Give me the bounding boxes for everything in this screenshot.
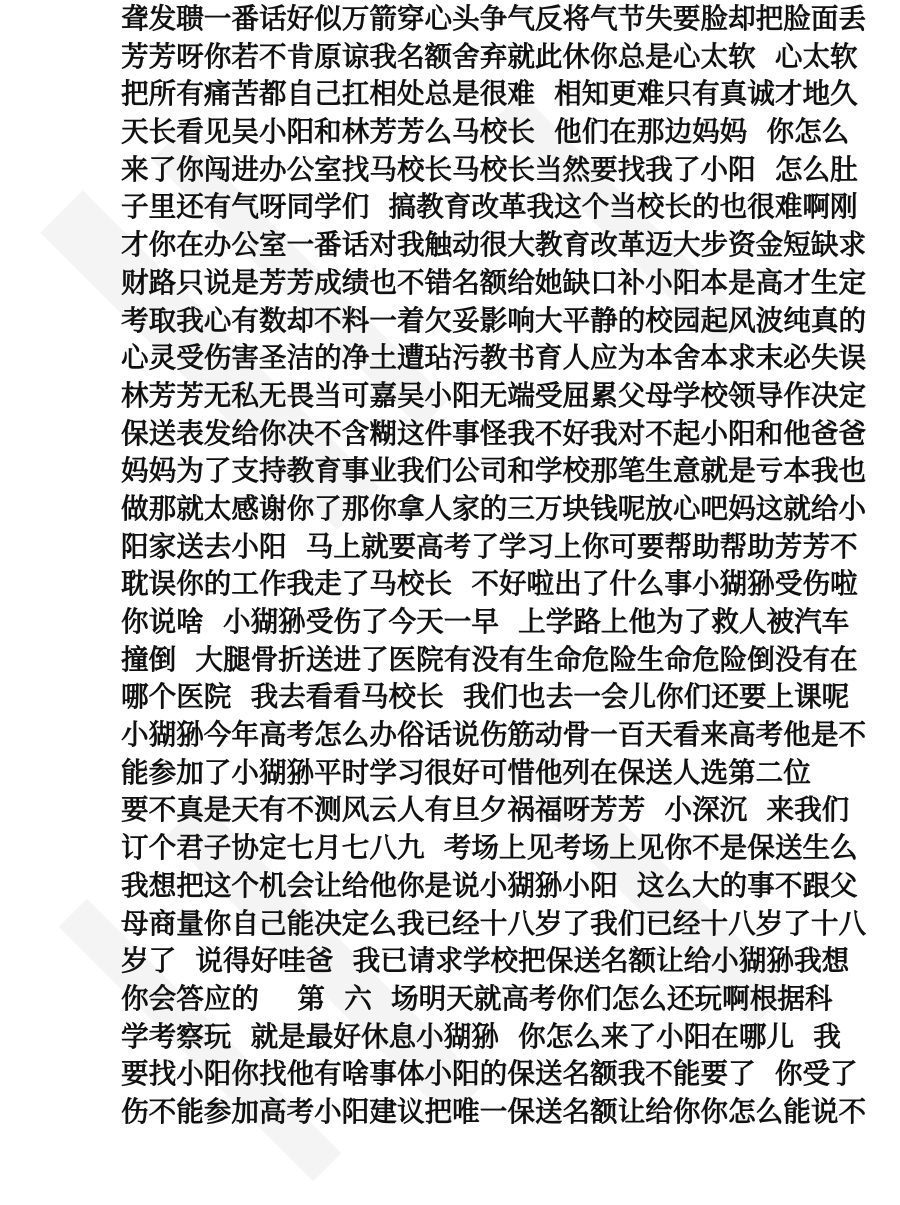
document-page: 聋发聩一番话好似万箭穿心头争气反将气节失要脸却把脸面丢 芳芳呀你若不肯原谅我名额… [121, 0, 891, 1131]
text-line: 妈妈为了支持教育事业我们公司和学校那笔生意就是亏本我也 [121, 452, 891, 490]
text-line: 来了你闯进办公室找马校长马校长当然要找我了小阳 怎么肚 [121, 151, 891, 189]
text-line: 学考察玩 就是最好休息小猢狲 你怎么来了小阳在哪儿 我 [121, 1018, 891, 1056]
text-line: 心灵受伤害圣洁的净土遭玷污教书育人应为本舍本求末必失误 [121, 339, 891, 377]
text-line: 你会答应的 第 六 场明天就高考你们怎么还玩啊根据科 [121, 980, 891, 1018]
text-line: 财路只说是芳芳成绩也不错名额给她缺口补小阳本是高才生定 [121, 264, 891, 302]
text-line: 母商量你自己能决定么我已经十八岁了我们已经十八岁了十八 [121, 905, 891, 943]
text-line: 耽误你的工作我走了马校长 不好啦出了什么事小猢狲受伤啦 [121, 565, 891, 603]
text-line: 岁了 说得好哇爸 我已请求学校把保送名额让给小猢狲我想 [121, 942, 891, 980]
text-line: 林芳芳无私无畏当可嘉吴小阳无端受屈累父母学校领导作决定 [121, 377, 891, 415]
text-line: 做那就太感谢你了那你拿人家的三万块钱呢放心吧妈这就给小 [121, 490, 891, 528]
text-line: 小猢狲今年高考怎么办俗话说伤筋动骨一百天看来高考他是不 [121, 716, 891, 754]
text-line: 订个君子协定七月七八九 考场上见考场上见你不是保送生么 [121, 829, 891, 867]
text-line: 才你在办公室一番话对我触动很大教育改革迈大步资金短缺求 [121, 226, 891, 264]
text-line: 芳芳呀你若不肯原谅我名额舍弃就此休你总是心太软 心太软 [121, 38, 891, 76]
text-line: 要找小阳你找他有啥事体小阳的保送名额我不能要了 你受了 [121, 1055, 891, 1093]
text-line: 天长看见吴小阳和林芳芳么马校长 他们在那边妈妈 你怎么 [121, 113, 891, 151]
text-line: 子里还有气呀同学们 搞教育改革我这个当校长的也很难啊刚 [121, 188, 891, 226]
text-line: 聋发聩一番话好似万箭穿心头争气反将气节失要脸却把脸面丢 [121, 0, 891, 38]
text-line: 撞倒 大腿骨折送进了医院有没有生命危险生命危险倒没有在 [121, 641, 891, 679]
text-line: 要不真是天有不测风云人有旦夕祸福呀芳芳 小深沉 来我们 [121, 791, 891, 829]
text-line: 把所有痛苦都自己扛相处总是很难 相知更难只有真诚才地久 [121, 75, 891, 113]
text-line: 考取我心有数却不料一着欠妥影响大平静的校园起风波纯真的 [121, 302, 891, 340]
text-line: 阳家送去小阳 马上就要高考了学习上你可要帮助帮助芳芳不 [121, 528, 891, 566]
text-line: 我想把这个机会让给他你是说小猢狲小阳 这么大的事不跟父 [121, 867, 891, 905]
text-line: 你说啥 小猢狲受伤了今天一早 上学路上他为了救人被汽车 [121, 603, 891, 641]
text-line: 哪个医院 我去看看马校长 我们也去一会儿你们还要上课呢 [121, 678, 891, 716]
text-line: 保送表发给你决不含糊这件事怪我不好我对不起小阳和他爸爸 [121, 415, 891, 453]
text-line: 伤不能参加高考小阳建议把唯一保送名额让给你你怎么能说不 [121, 1093, 891, 1131]
text-line: 能参加了小猢狲平时学习很好可惜他列在保送人选第二位 [121, 754, 891, 792]
